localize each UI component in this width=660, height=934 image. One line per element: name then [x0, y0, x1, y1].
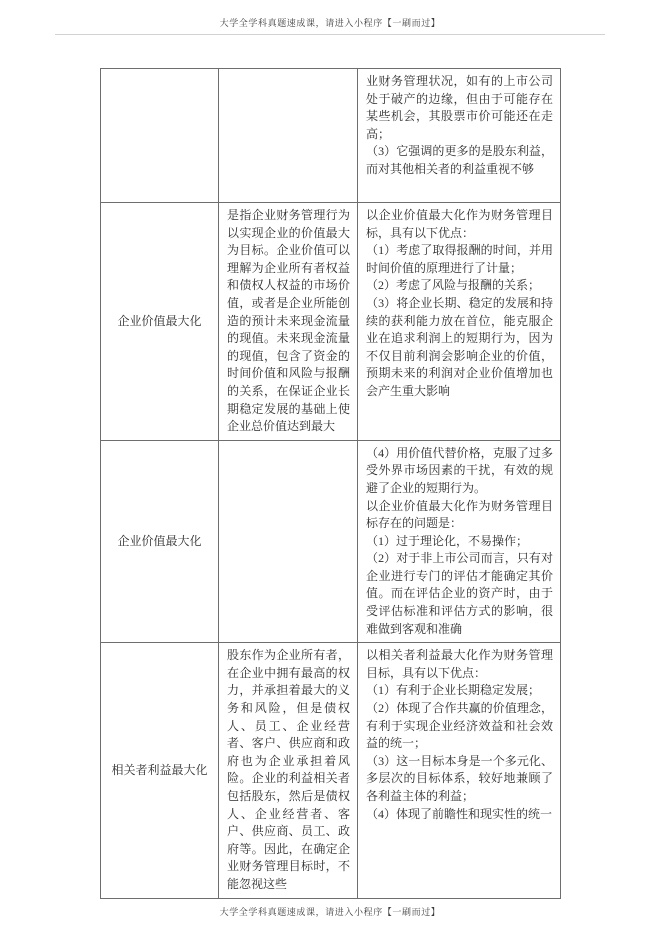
document-page: 大学全学科真题速成课，请进入小程序【一刷而过】 业财务管理状况，如有的上市公司处… — [0, 0, 660, 934]
term-cell — [101, 69, 219, 203]
table-row: 业财务管理状况，如有的上市公司处于破产的边缘，但由于可能存在某些机会，其股票市价… — [101, 69, 561, 203]
page-footer-text: 大学全学科真题速成课，请进入小程序【一刷而过】 — [0, 905, 660, 918]
table-row: 企业价值最大化 （4）用价值代替价格，克服了过多受外界市场因素的干扰，有效的规避… — [101, 440, 561, 643]
evaluation-cell: 以企业价值最大化作为财务管理目标，具有以下优点： （1）考虑了取得报酬的时间，并… — [358, 203, 561, 441]
header-divider — [55, 34, 605, 35]
table-container: 业财务管理状况，如有的上市公司处于破产的边缘，但由于可能存在某些机会，其股票市价… — [100, 68, 561, 899]
term-cell: 企业价值最大化 — [101, 440, 219, 643]
evaluation-cell: （4）用价值代替价格，克服了过多受外界市场因素的干扰，有效的规避了企业的短期行为… — [358, 440, 561, 643]
page-header-text: 大学全学科真题速成课，请进入小程序【一刷而过】 — [0, 16, 660, 29]
definition-cell: 股东作为企业所有者，在企业中拥有最高的权力，并承担着最大的义务和风险，但是债权人… — [219, 643, 358, 898]
definition-cell — [219, 440, 358, 643]
term-cell: 相关者利益最大化 — [101, 643, 219, 898]
definition-cell: 是指企业财务管理行为以实现企业的价值最大为目标。企业价值可以理解为企业所有者权益… — [219, 203, 358, 441]
definition-cell — [219, 69, 358, 203]
comparison-table: 业财务管理状况，如有的上市公司处于破产的边缘，但由于可能存在某些机会，其股票市价… — [100, 68, 561, 899]
evaluation-cell: 业财务管理状况，如有的上市公司处于破产的边缘，但由于可能存在某些机会，其股票市价… — [358, 69, 561, 203]
evaluation-cell: 以相关者利益最大化作为财务管理目标，具有以下优点： （1）有利于企业长期稳定发展… — [358, 643, 561, 898]
table-row: 企业价值最大化 是指企业财务管理行为以实现企业的价值最大为目标。企业价值可以理解… — [101, 203, 561, 441]
table-row: 相关者利益最大化 股东作为企业所有者，在企业中拥有最高的权力，并承担着最大的义务… — [101, 643, 561, 898]
term-cell: 企业价值最大化 — [101, 203, 219, 441]
